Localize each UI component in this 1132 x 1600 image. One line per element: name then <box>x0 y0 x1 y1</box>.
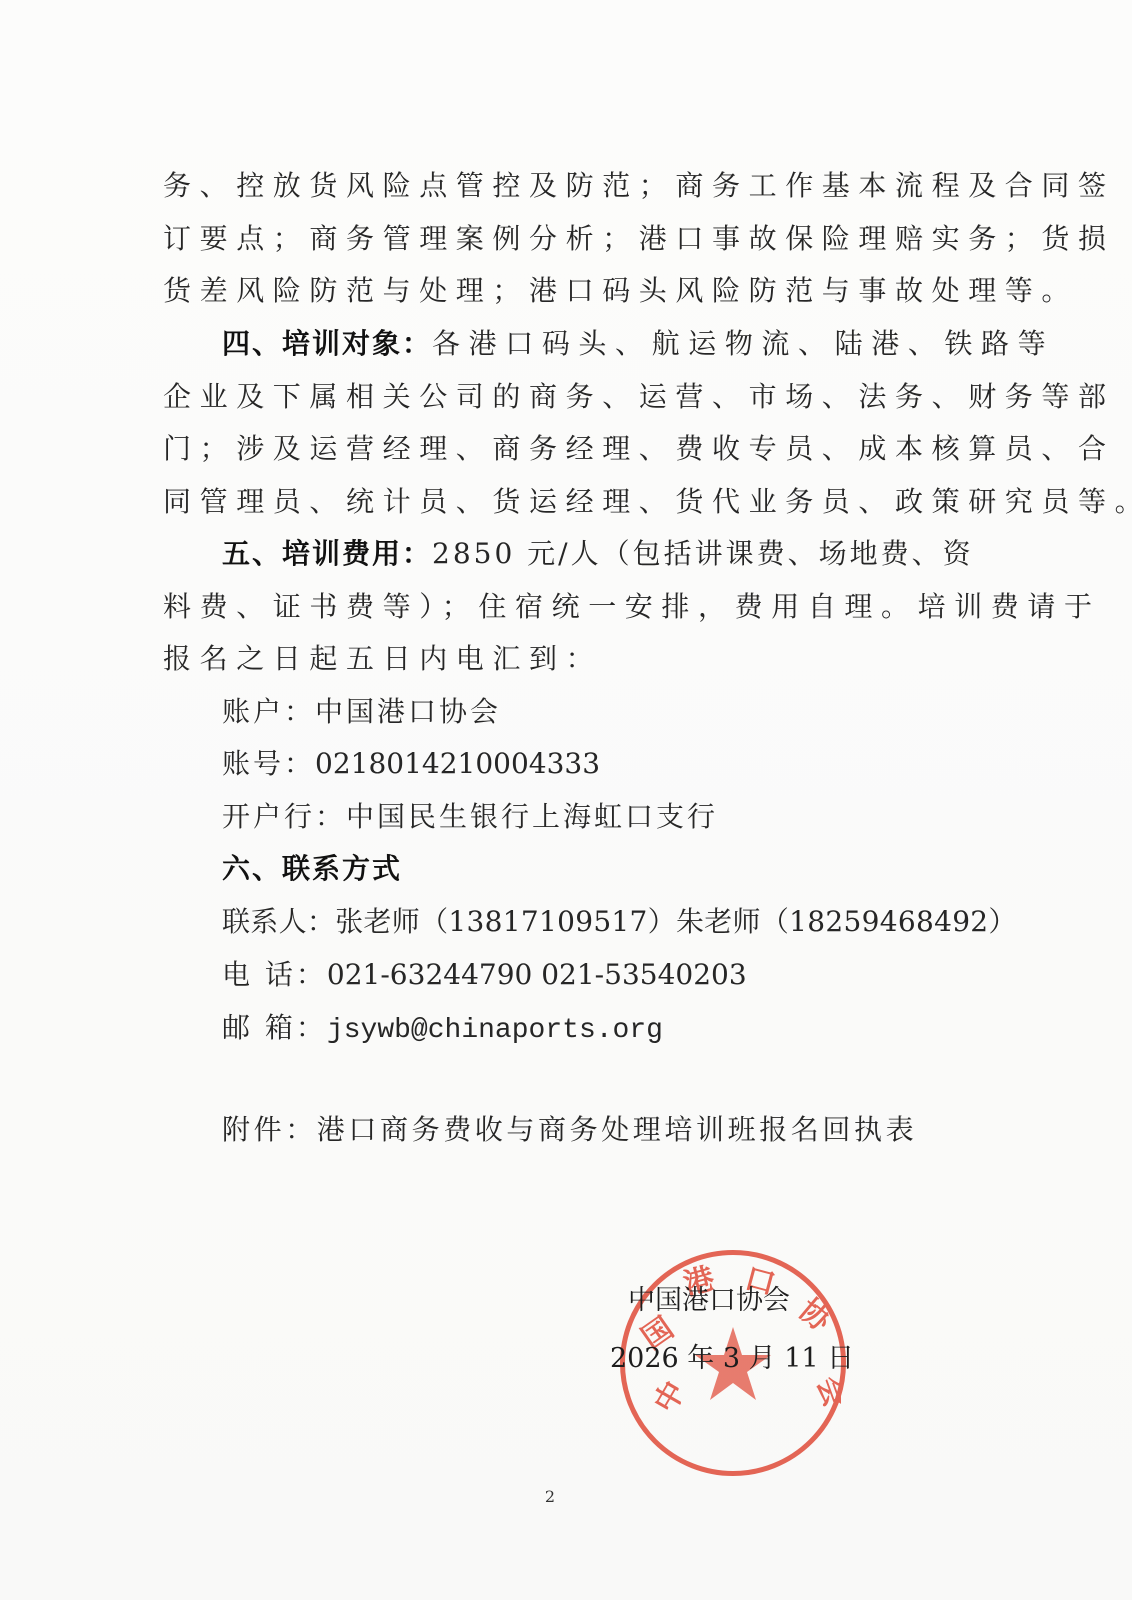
paragraph-line: 料费、证书费等）；住宿统一安排，费用自理。培训费请于 <box>163 589 943 625</box>
bank-name: 开户行：中国民生银行上海虹口支行 <box>222 799 1002 835</box>
section-6-heading: 六、联系方式 <box>222 851 1002 887</box>
email-line: 邮 箱：jsywb@chinaports.org <box>222 1010 1002 1049</box>
paragraph-line: 务、控放货风险点管控及防范；商务工作基本流程及合同签 <box>163 168 943 204</box>
section-4-text: 各港口码头、航运物流、陆港、铁路等 <box>432 327 1054 360</box>
svg-text:会: 会 <box>809 1372 841 1412</box>
email-label: 邮 箱： <box>222 1011 327 1044</box>
paragraph-line: 订要点；商务管理案例分析；港口事故保险理赔实务；货损 <box>163 221 943 257</box>
phone-line: 电 话：021-63244790 021-53540203 <box>222 957 1002 993</box>
account-name: 账户：中国港口协会 <box>222 694 1002 730</box>
svg-text:协: 协 <box>792 1292 838 1339</box>
section-4-heading: 四、培训对象： <box>222 327 432 360</box>
paragraph-line: 报名之日起五日内电汇到： <box>163 641 943 677</box>
email-link[interactable]: jsywb@chinaports.org <box>327 1015 663 1046</box>
paragraph-line: 企业及下属相关公司的商务、运营、市场、法务、财务等部 <box>163 379 943 415</box>
document-page: 务、控放货风险点管控及防范；商务工作基本流程及合同签 订要点；商务管理案例分析；… <box>0 0 1132 1600</box>
phone-numbers: 021-63244790 021-53540203 <box>327 958 747 991</box>
phone-label: 电 话： <box>222 958 327 991</box>
svg-text:中: 中 <box>648 1376 693 1419</box>
account-number-line: 账号：0218014210004333 <box>222 746 1002 782</box>
section-5-first-line: 五、培训费用：2850 元/人（包括讲课费、场地费、资 <box>222 536 1002 572</box>
paragraph-line: 门；涉及运营经理、商务经理、费收专员、成本核算员、合 <box>163 431 943 467</box>
account-number-label: 账号： <box>222 747 315 780</box>
contact-persons: 联系人：张老师（13817109517）朱老师（18259468492） <box>222 904 1002 940</box>
account-number: 0218014210004333 <box>315 747 600 780</box>
section-5-heading: 五、培训费用： <box>222 537 432 570</box>
signature-organization: 中国港口协会 <box>628 1284 790 1318</box>
section-4-first-line: 四、培训对象：各港口码头、航运物流、陆港、铁路等 <box>222 326 1002 362</box>
page-number: 2 <box>0 1487 1100 1506</box>
paragraph-line: 货差风险防范与处理；港口码头风险防范与事故处理等。 <box>163 273 943 309</box>
training-fee: 2850 元/人（包括讲课费、场地费、资 <box>432 537 974 570</box>
signature-date: 2026 年 3 月 11 日 <box>610 1342 854 1376</box>
paragraph-line: 同管理员、统计员、货运经理、货代业务员、政策研究员等。 <box>163 484 943 520</box>
attachment-note: 附件：港口商务费收与商务处理培训班报名回执表 <box>222 1112 1002 1148</box>
